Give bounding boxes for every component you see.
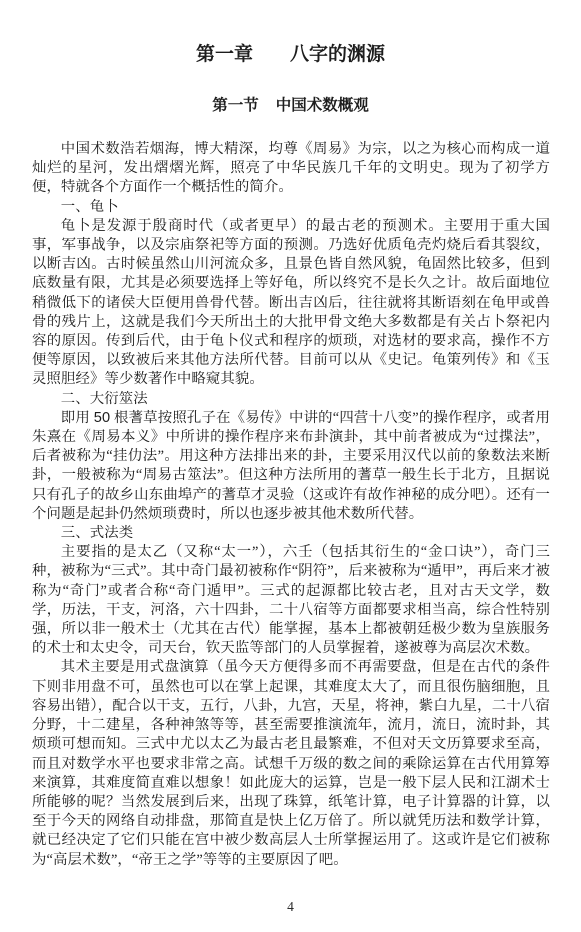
paragraph-dayan-prefix: 即用 xyxy=(61,410,94,426)
paragraph-dayan-rest: 根蓍草按照孔子在《易传》中讲的“四营十八变”的操作程序，或者用朱熹在《周易本义》… xyxy=(32,410,550,522)
paragraph-shipan-calculation: 其术主要是用式盘演算（虽今天方便得多而不再需要盘，但是在古代的条件下则非用盘不可… xyxy=(32,658,550,869)
document-page: 第一章八字的渊源 第一节中国术数概观 中国术数浩若烟海，博大精深，均尊《周易》为… xyxy=(0,0,581,932)
chapter-title-text: 八字的渊源 xyxy=(290,44,385,65)
section-title: 第一节中国术数概观 xyxy=(0,97,581,115)
body-text: 中国术数浩若烟海，博大精深，均尊《周易》为宗，以之为核心而构成一道灿烂的星河，发… xyxy=(32,140,550,870)
paragraph-turtle-divination: 龟卜是发源于殷商时代（或者更早）的最古老的预测术。主要用于重大国事，军事战争，以… xyxy=(32,217,550,390)
paragraph-shifa-category: 主要指的是太乙（又称“太一”），六壬（包括其衍生的“金口诀”），奇门三种，被称为… xyxy=(32,543,550,658)
yarrow-stalk-count: 50 xyxy=(94,410,110,426)
page-number: 4 xyxy=(0,899,581,915)
section-title-text: 中国术数概观 xyxy=(276,97,369,114)
section-label: 第一节 xyxy=(212,97,259,114)
paragraph-dayan-method: 即用 50 根蓍草按照孔子在《易传》中讲的“四营十八变”的操作程序，或者用朱熹在… xyxy=(32,409,550,524)
paragraph-intro: 中国术数浩若烟海，博大精深，均尊《周易》为宗，以之为核心而构成一道灿烂的星河，发… xyxy=(32,140,550,198)
chapter-title: 第一章八字的渊源 xyxy=(0,0,581,66)
chapter-label: 第一章 xyxy=(196,44,253,65)
subheading-turtle-divination: 一、龟卜 xyxy=(32,198,550,217)
subheading-dayan-method: 二、大衍筮法 xyxy=(32,390,550,409)
subheading-shifa-category: 三、式法类 xyxy=(32,524,550,543)
